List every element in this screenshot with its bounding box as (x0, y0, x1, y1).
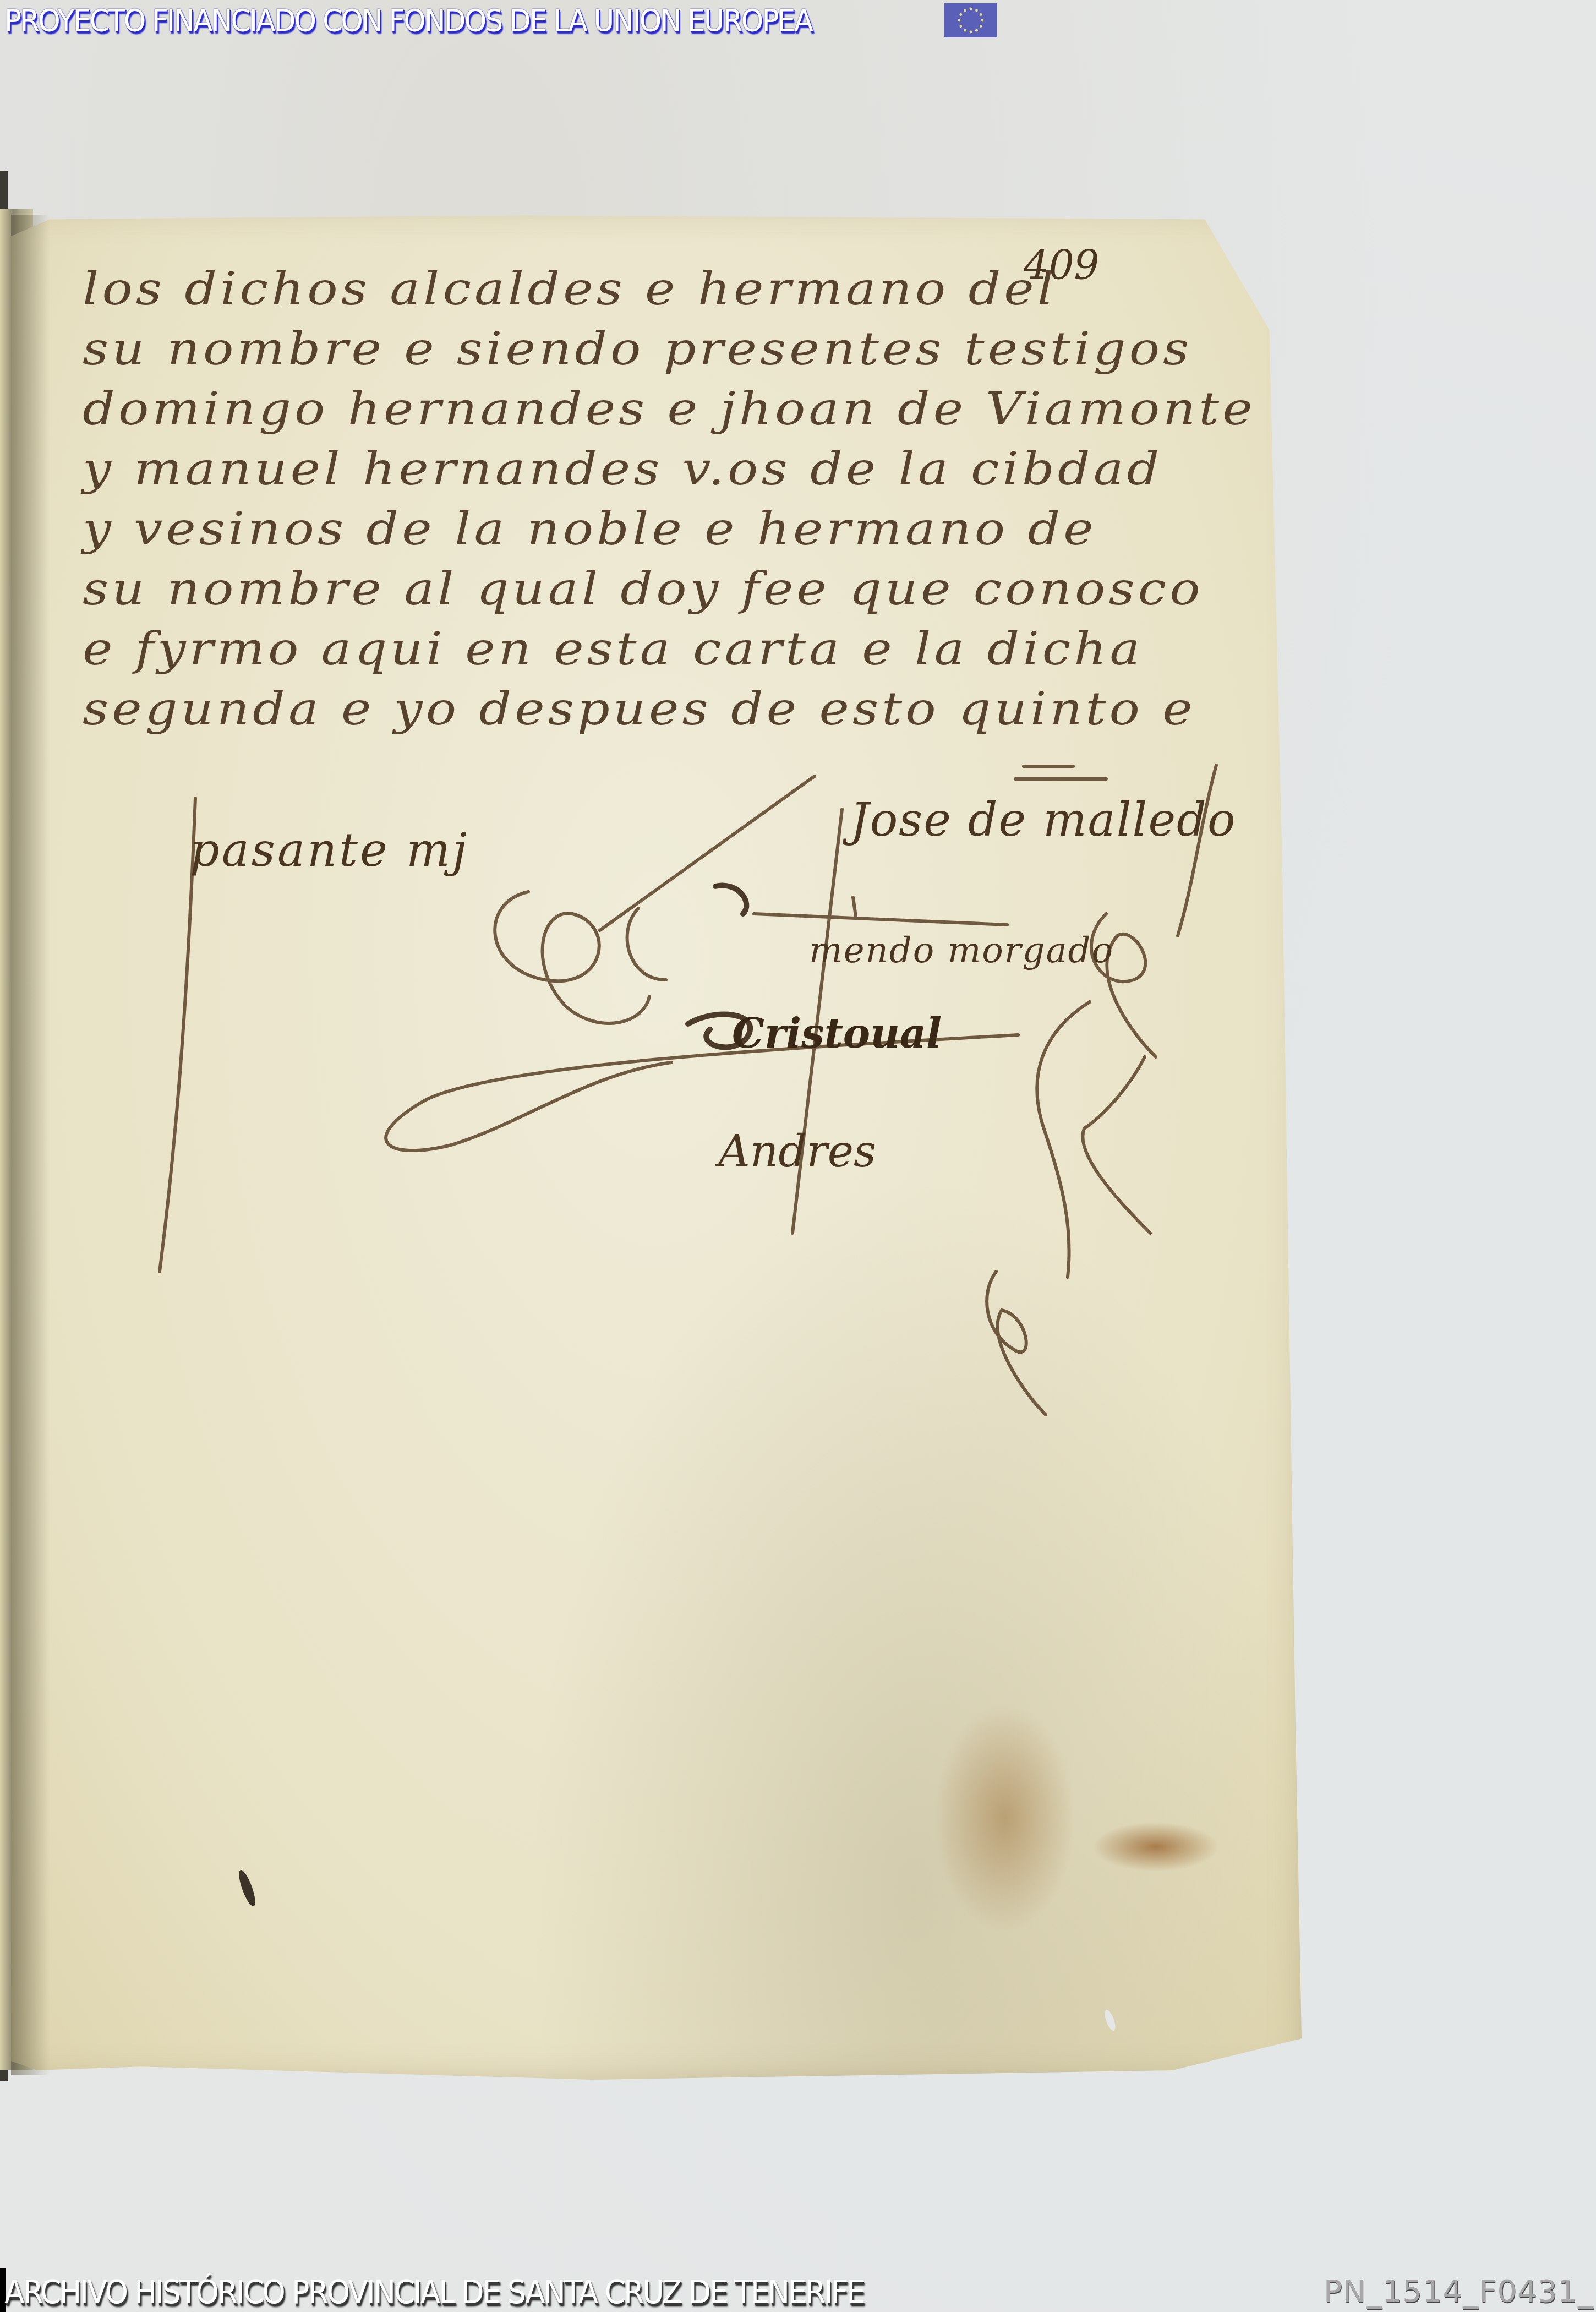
manuscript-line: y vesinos de la noble e hermano de (83, 501, 1266, 555)
manuscript-line: e fyrmo aqui en esta carta e la dicha (83, 621, 1266, 675)
image-code: PN_1514_F0431_r (1324, 2273, 1596, 2309)
funding-banner: PROYECTO FINANCIADO CON FONDOS DE LA UNI… (4, 2, 882, 39)
manuscript-text: los dichos alcaldes e hermano del su nom… (83, 259, 1266, 739)
manuscript-line: su nombre e siendo presentes testigos (83, 321, 1266, 375)
paper-stain (1092, 1822, 1219, 1872)
funding-banner-text: PROYECTO FINANCIADO CON FONDOS DE LA UNI… (4, 3, 812, 39)
archive-name: ARCHIVO HISTÓRICO PROVINCIAL DE SANTA CR… (4, 2273, 863, 2311)
gutter-shadow (11, 215, 50, 2075)
manuscript-line: domingo hernandes e jhoan de Viamonte (83, 381, 1266, 435)
manuscript-line: su nombre al qual doy fee que conosco (83, 561, 1266, 615)
eu-flag-icon (944, 3, 997, 37)
manuscript-line: y manuel hernandes v.os de la cibdad (83, 441, 1266, 495)
manuscript-line: los dichos alcaldes e hermano del (83, 261, 1266, 315)
eu-stars-icon (944, 3, 997, 37)
manuscript-line: segunda e yo despues de esto quinto e (83, 681, 1266, 735)
